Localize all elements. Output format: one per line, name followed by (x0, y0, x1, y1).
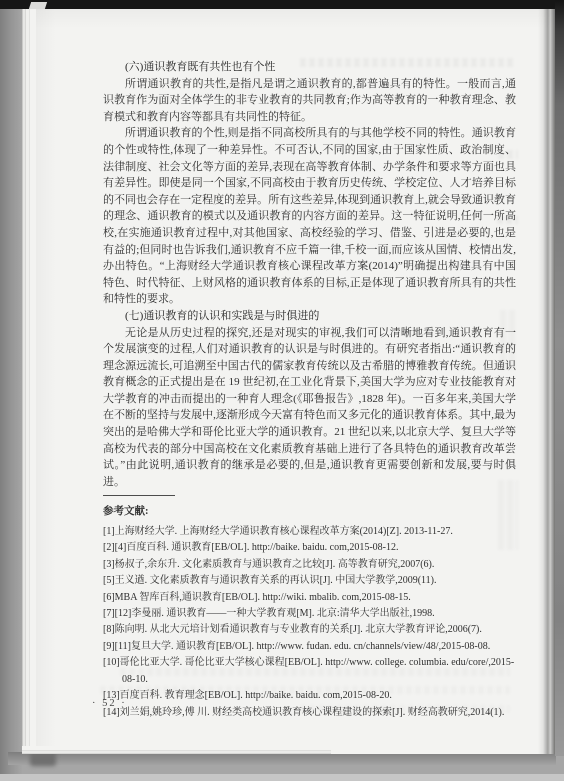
reference-item: [6]MBA 智库百科,通识教育[EB/OL]. http://wiki. mb… (103, 590, 516, 606)
section-6-heading: (六)通识教育既有共性也有个性 (103, 59, 516, 76)
references-heading: 参考文献: (103, 504, 516, 521)
page-edge-stack-left (22, 9, 36, 754)
page-edge-stack-bottom (22, 746, 331, 754)
section-6-paragraph-1: 所谓通识教育的共性,是指凡是谓之通识教育的,都普遍具有的特性。一般而言,通识教育… (103, 76, 516, 126)
reference-item: [13]百度百科. 教育理念[EB/OL]. http://baike. bai… (103, 688, 516, 704)
references-divider (103, 495, 175, 496)
reference-item: [10]哥伦比亚大学. 哥伦比亚大学核心课程[EB/OL]. http://ww… (103, 655, 516, 688)
reference-item: [14]刘兰娟,姚玲珍,傅 川. 财经类高校通识教育核心课程建设的探索[J]. … (103, 705, 516, 721)
scanner-bottom-strip (0, 774, 564, 781)
page-number: · 52 · (92, 698, 127, 709)
scan-background: (六)通识教育既有共性也有个性 所谓通识教育的共性,是指凡是谓之通识教育的,都普… (0, 0, 564, 781)
book-right-edge (555, 0, 564, 756)
section-7-paragraph-1: 无论是从历史过程的探究,还是对现实的审视,我们可以清晰地看到,通识教育有一个发展… (103, 325, 516, 491)
scanner-left-band (0, 0, 22, 781)
reference-item: [3]杨叔子,余东升. 文化素质教育与通识教育之比较[J]. 高等教育研究,20… (103, 557, 516, 573)
page-corner-notch (29, 2, 47, 9)
reference-item: [5]王义遒. 文化素质教育与通识教育关系的再认识[J]. 中国大学教学,200… (103, 573, 516, 589)
reference-item: [1]上海财经大学. 上海财经大学通识教育核心课程改革方案(2014)[Z]. … (103, 524, 516, 540)
book-page: (六)通识教育既有共性也有个性 所谓通识教育的共性,是指凡是谓之通识教育的,都普… (22, 9, 555, 754)
section-7-heading: (七)通识教育的认识和实践是与时俱进的 (103, 308, 516, 325)
page-gutter-shadow (538, 9, 555, 754)
page-content: (六)通识教育既有共性也有个性 所谓通识教育的共性,是指凡是谓之通识教育的,都普… (103, 59, 516, 721)
section-6-paragraph-2: 所谓通识教育的个性,则是指不同高校所具有的与其他学校不同的特性。通识教育的个性或… (103, 125, 516, 308)
reference-item: [7][12]李曼丽. 通识教育——一种大学教育观[M]. 北京:清华大学出版社… (103, 606, 516, 622)
book-top-edge (0, 0, 564, 9)
reference-item: [9][11]复旦大学. 通识教育[EB/OL]. http://www. fu… (103, 639, 516, 655)
reference-item: [2][4]百度百科. 通识教育[EB/OL]. http://baike. b… (103, 540, 516, 556)
reference-item: [8]陈向明. 从北大元培计划看通识教育与专业教育的关系[J]. 北京大学教育评… (103, 622, 516, 638)
